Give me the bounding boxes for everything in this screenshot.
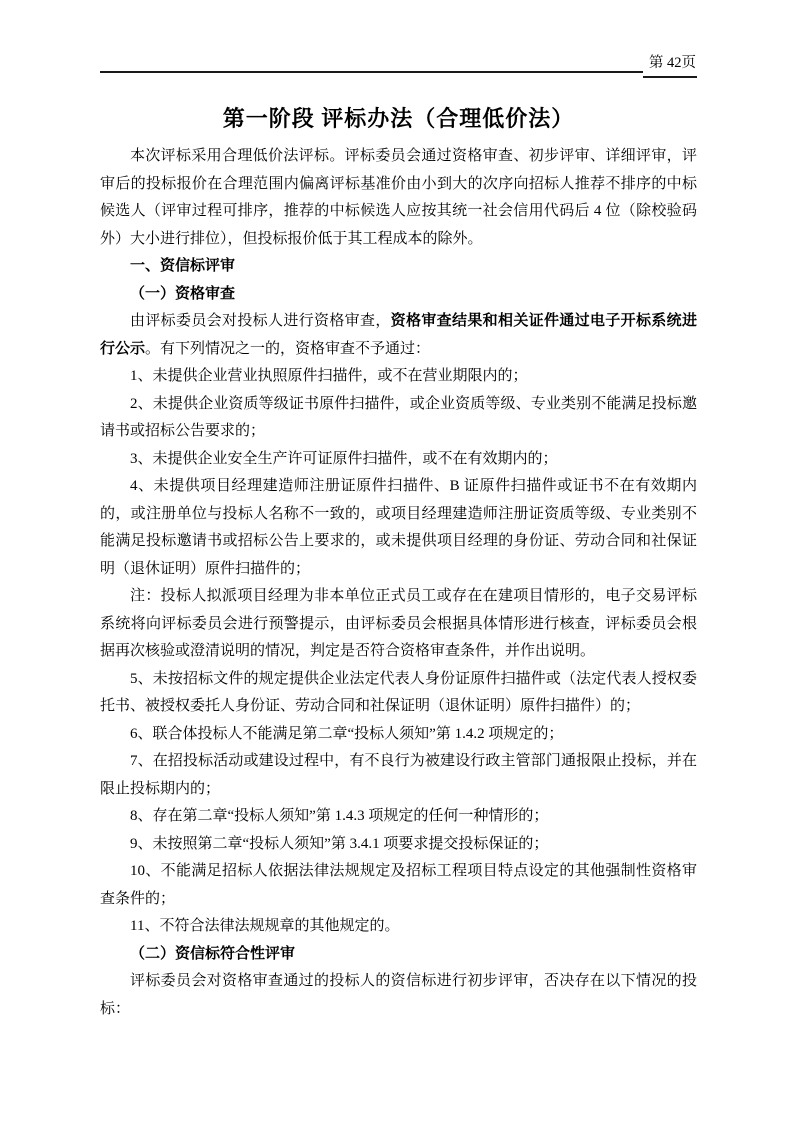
text-run: 一、资信标评审 (130, 258, 235, 274)
paragraph: 7、在招投标活动或建设过程中，有不良行为被建设行政主管部门通报限止投标，并在限止… (100, 748, 697, 803)
page-number: 第 42页 (643, 53, 697, 78)
paragraph: 评标委员会对资格审查通过的投标人的资信标进行初步评审，否决存在以下情况的投标： (100, 968, 697, 1023)
document-body: 本次评标采用合理低价法评标。评标委员会通过资格审查、初步评审、详细评审，评审后的… (100, 143, 697, 1023)
document-page: 第 42页 第一阶段 评标办法（合理低价法） 本次评标采用合理低价法评标。评标委… (0, 0, 793, 1122)
paragraph: 11、不符合法律法规规章的其他规定的。 (100, 913, 697, 941)
paragraph: 本次评标采用合理低价法评标。评标委员会通过资格审查、初步评审、详细评审，评审后的… (100, 143, 697, 253)
text-run: 6、联合体投标人不能满足第二章“投标人须知”第 1.4.2 项规定的； (130, 726, 563, 742)
paragraph: 6、联合体投标人不能满足第二章“投标人须知”第 1.4.2 项规定的； (100, 721, 697, 749)
page-header: 第 42页 (100, 0, 697, 78)
header-rule (100, 71, 643, 73)
text-run: 7、在招投标活动或建设过程中，有不良行为被建设行政主管部门通报限止投标，并在限止… (100, 753, 697, 797)
paragraph: 10、不能满足招标人依据法律法规规定及招标工程项目特点设定的其他强制性资格审查条… (100, 858, 697, 913)
paragraph: 由评标委员会对投标人进行资格审查，资格审查结果和相关证件通过电子开标系统进行公示… (100, 308, 697, 363)
paragraph: 2、未提供企业资质等级证书原件扫描件，或企业资质等级、专业类别不能满足投标邀请书… (100, 391, 697, 446)
text-run: （一）资格审查 (130, 286, 235, 302)
text-run: 8、存在第二章“投标人须知”第 1.4.3 项规定的任何一种情形的； (130, 808, 548, 824)
text-run: 。有下列情况之一的，资格审查不予通过： (145, 341, 430, 357)
text-run: 4、未提供项目经理建造师注册证原件扫描件、B 证原件扫描件或证书不在有效期内的，… (100, 478, 697, 577)
text-run: 注：投标人拟派项目经理为非本单位正式员工或存在在建项目情形的，电子交易评标系统将… (100, 588, 697, 659)
paragraph: 4、未提供项目经理建造师注册证原件扫描件、B 证原件扫描件或证书不在有效期内的，… (100, 473, 697, 583)
paragraph: 5、未按招标文件的规定提供企业法定代表人身份证原件扫描件或（法定代表人授权委托书… (100, 666, 697, 721)
text-run: （二）资信标符合性评审 (130, 946, 295, 962)
text-run: 本次评标采用合理低价法评标。评标委员会通过资格审查、初步评审、详细评审，评审后的… (100, 148, 697, 247)
text-run: 5、未按招标文件的规定提供企业法定代表人身份证原件扫描件或（法定代表人授权委托书… (100, 671, 697, 715)
paragraph: 1、未提供企业营业执照原件扫描件，或不在营业期限内的； (100, 363, 697, 391)
text-run: 由评标委员会对投标人进行资格审查， (130, 313, 391, 329)
section-heading: （二）资信标符合性评审 (100, 941, 697, 969)
text-run: 11、不符合法律法规规章的其他规定的。 (130, 918, 399, 934)
text-run: 9、未按照第二章“投标人须知”第 3.4.1 项要求提交投标保证的； (130, 836, 548, 852)
text-run: 3、未提供企业安全生产许可证原件扫描件，或不在有效期内的； (130, 451, 558, 467)
text-run: 评标委员会对资格审查通过的投标人的资信标进行初步评审，否决存在以下情况的投标： (100, 973, 697, 1017)
paragraph: 9、未按照第二章“投标人须知”第 3.4.1 项要求提交投标保证的； (100, 831, 697, 859)
text-run: 10、不能满足招标人依据法律法规规定及招标工程项目特点设定的其他强制性资格审查条… (100, 863, 697, 907)
text-run: 2、未提供企业资质等级证书原件扫描件，或企业资质等级、专业类别不能满足投标邀请书… (100, 396, 697, 440)
section-heading: 一、资信标评审 (100, 253, 697, 281)
section-heading: （一）资格审查 (100, 281, 697, 309)
document-title: 第一阶段 评标办法（合理低价法） (100, 104, 697, 134)
paragraph: 注：投标人拟派项目经理为非本单位正式员工或存在在建项目情形的，电子交易评标系统将… (100, 583, 697, 666)
paragraph: 3、未提供企业安全生产许可证原件扫描件，或不在有效期内的； (100, 446, 697, 474)
text-run: 1、未提供企业营业执照原件扫描件，或不在营业期限内的； (130, 368, 528, 384)
paragraph: 8、存在第二章“投标人须知”第 1.4.3 项规定的任何一种情形的； (100, 803, 697, 831)
